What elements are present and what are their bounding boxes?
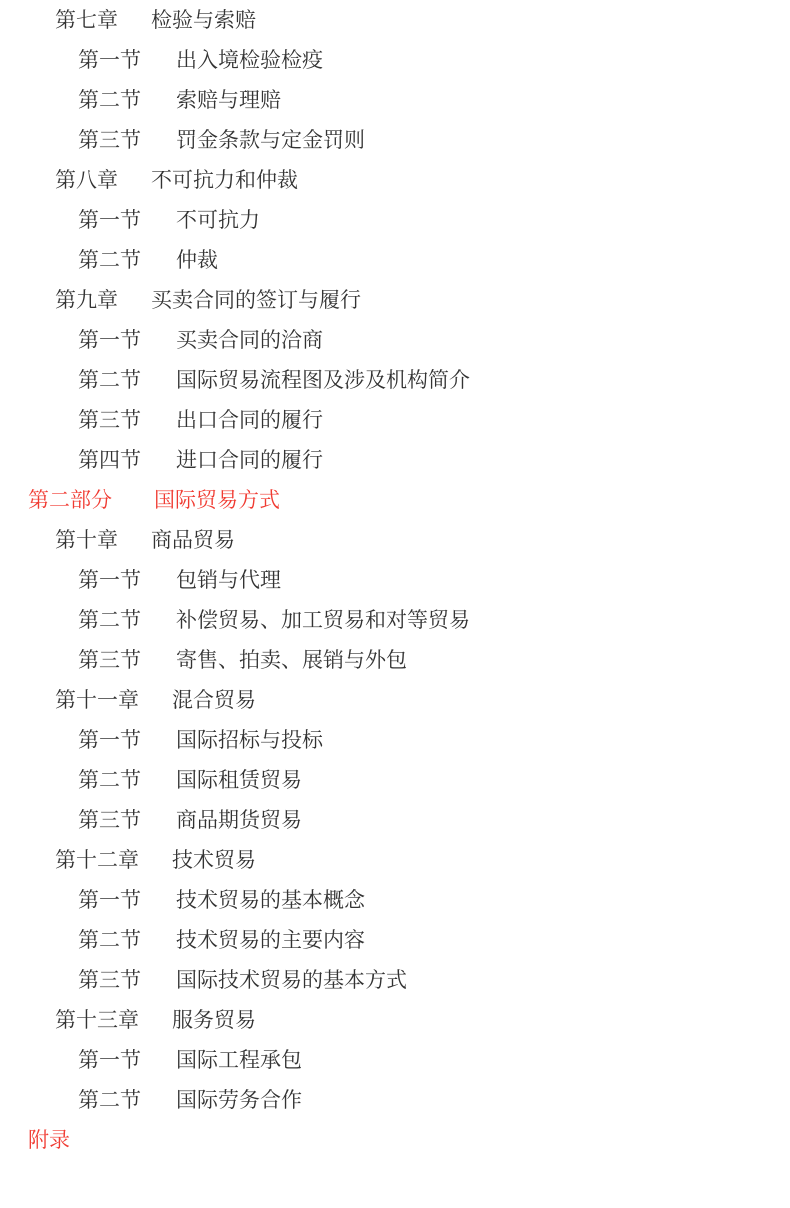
- toc-entry-section: 第四节进口合同的履行: [0, 441, 790, 481]
- toc-entry-title: 进口合同的履行: [176, 441, 323, 481]
- toc-entry-chapter: 第九章买卖合同的签订与履行: [0, 281, 790, 321]
- toc-entry-title: 混合贸易: [172, 681, 256, 721]
- toc-entry-title: 技术贸易的基本概念: [176, 881, 365, 921]
- toc-entry-section: 第一节不可抗力: [0, 201, 790, 241]
- toc-entry-title: 国际招标与投标: [176, 721, 323, 761]
- toc-entry-title: 索赔与理赔: [176, 81, 281, 121]
- toc-entry-title: 检验与索赔: [151, 1, 256, 41]
- toc-entry-title: 不可抗力: [176, 201, 260, 241]
- toc-entry-title: 国际贸易方式: [154, 481, 280, 521]
- toc-entry-title: 国际租赁贸易: [176, 761, 302, 801]
- toc-entry-title: 国际劳务合作: [176, 1081, 302, 1121]
- toc-entry-number: 第二部分: [28, 481, 112, 521]
- toc-entry-section: 第一节技术贸易的基本概念: [0, 881, 790, 921]
- toc-entry-number: 第四节: [78, 441, 141, 481]
- toc-entry-section: 第三节出口合同的履行: [0, 401, 790, 441]
- toc-entry-part: 第二部分国际贸易方式: [0, 481, 790, 521]
- toc-entry-title: 寄售、拍卖、展销与外包: [176, 641, 407, 681]
- toc-entry-number: 第十一章: [55, 681, 139, 721]
- toc-entry-title: 技术贸易的主要内容: [176, 921, 365, 961]
- toc-entry-number: 第一节: [78, 41, 141, 81]
- toc-entry-number: 第二节: [78, 1081, 141, 1121]
- toc-entry-number: 第一节: [78, 1041, 141, 1081]
- toc-entry-section: 第一节包销与代理: [0, 561, 790, 601]
- toc-entry-section: 第二节补偿贸易、加工贸易和对等贸易: [0, 601, 790, 641]
- toc-entry-number: 第三节: [78, 641, 141, 681]
- toc-entry-title: 技术贸易: [172, 841, 256, 881]
- toc-entry-number: 第一节: [78, 881, 141, 921]
- toc-entry-number: 第九章: [55, 281, 118, 321]
- toc-entry-title: 包销与代理: [176, 561, 281, 601]
- toc-entry-number: 第十二章: [55, 841, 139, 881]
- toc-entry-section: 第二节索赔与理赔: [0, 81, 790, 121]
- toc-entry-chapter: 第十一章混合贸易: [0, 681, 790, 721]
- toc-entry-title: 国际工程承包: [176, 1041, 302, 1081]
- toc-entry-number: 第十章: [55, 521, 118, 561]
- toc-entry-chapter: 第十章商品贸易: [0, 521, 790, 561]
- toc-entry-section: 第二节技术贸易的主要内容: [0, 921, 790, 961]
- toc-entry-title: 仲裁: [176, 241, 218, 281]
- toc-entry-title: 补偿贸易、加工贸易和对等贸易: [176, 601, 470, 641]
- toc-entry-section: 第三节商品期货贸易: [0, 801, 790, 841]
- toc-entry-title: 商品贸易: [151, 521, 235, 561]
- toc-entry-title: 不可抗力和仲裁: [151, 161, 298, 201]
- toc-entry-section: 第三节罚金条款与定金罚则: [0, 121, 790, 161]
- toc-entry-number: 第二节: [78, 921, 141, 961]
- toc-entry-section: 第三节国际技术贸易的基本方式: [0, 961, 790, 1001]
- toc-entry-title: 国际技术贸易的基本方式: [176, 961, 407, 1001]
- toc-entry-title: 出入境检验检疫: [176, 41, 323, 81]
- toc-entry-number: 第三节: [78, 121, 141, 161]
- toc-entry-title: 商品期货贸易: [176, 801, 302, 841]
- toc-entry-number: 第三节: [78, 961, 141, 1001]
- toc-entry-title: 买卖合同的签订与履行: [151, 281, 361, 321]
- toc-entry-title: 国际贸易流程图及涉及机构简介: [176, 361, 470, 401]
- toc-entry-section: 第二节国际租赁贸易: [0, 761, 790, 801]
- toc-entry-number: 第二节: [78, 81, 141, 121]
- toc-entry-number: 第八章: [55, 161, 118, 201]
- toc-entry-number: 第二节: [78, 761, 141, 801]
- toc-entry-chapter: 第八章不可抗力和仲裁: [0, 161, 790, 201]
- toc-entry-title: 服务贸易: [172, 1001, 256, 1041]
- toc-entry-section: 第一节买卖合同的洽商: [0, 321, 790, 361]
- toc-entry-section: 第二节仲裁: [0, 241, 790, 281]
- toc-entry-chapter: 第十二章技术贸易: [0, 841, 790, 881]
- toc-entry-section: 第一节国际工程承包: [0, 1041, 790, 1081]
- toc-entry-title: 买卖合同的洽商: [176, 321, 323, 361]
- toc-entry-number: 第二节: [78, 601, 141, 641]
- toc-entry-number: 第二节: [78, 361, 141, 401]
- toc-entry-number: 第三节: [78, 401, 141, 441]
- toc-entry-title: 出口合同的履行: [176, 401, 323, 441]
- toc-entry-section: 第二节国际劳务合作: [0, 1081, 790, 1121]
- toc-entry-section: 第一节出入境检验检疫: [0, 41, 790, 81]
- toc-entry-number: 第三节: [78, 801, 141, 841]
- toc-entry-number: 第二节: [78, 241, 141, 281]
- toc-entry-appendix: 附录: [0, 1121, 790, 1161]
- toc-entry-title: 罚金条款与定金罚则: [176, 121, 365, 161]
- toc-entry-number: 第一节: [78, 721, 141, 761]
- toc-entry-number: 第一节: [78, 561, 141, 601]
- toc-entry-number: 第一节: [78, 201, 141, 241]
- toc-entry-section: 第一节国际招标与投标: [0, 721, 790, 761]
- toc-entry-number: 附录: [28, 1121, 70, 1161]
- toc-entry-number: 第十三章: [55, 1001, 139, 1041]
- table-of-contents: 第七章检验与索赔第一节出入境检验检疫第二节索赔与理赔第三节罚金条款与定金罚则第八…: [0, 0, 790, 1161]
- toc-entry-number: 第七章: [55, 1, 118, 41]
- toc-entry-section: 第三节寄售、拍卖、展销与外包: [0, 641, 790, 681]
- toc-entry-chapter: 第七章检验与索赔: [0, 1, 790, 41]
- toc-entry-section: 第二节国际贸易流程图及涉及机构简介: [0, 361, 790, 401]
- toc-entry-chapter: 第十三章服务贸易: [0, 1001, 790, 1041]
- toc-entry-number: 第一节: [78, 321, 141, 361]
